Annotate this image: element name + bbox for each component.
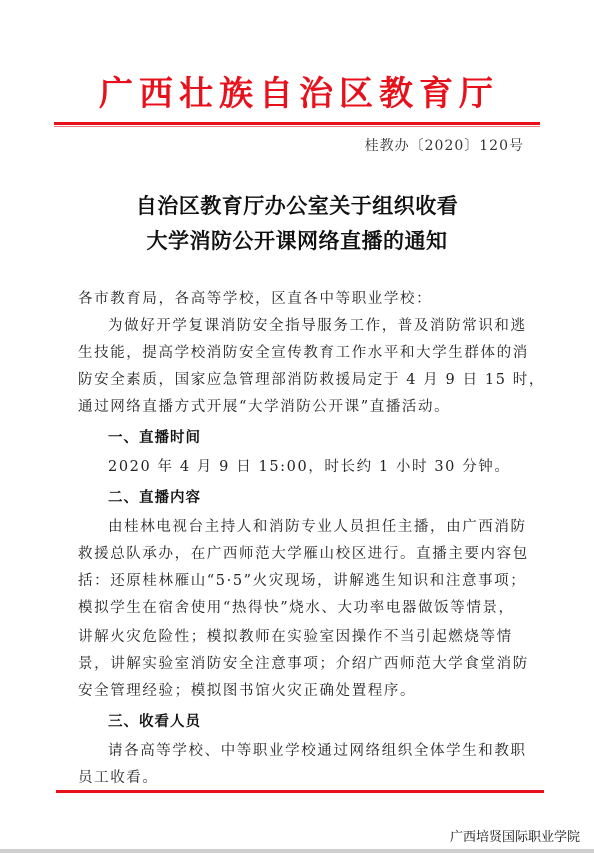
page-bottom-red-rule (56, 790, 544, 793)
section-line: 员工收看。 (78, 765, 159, 792)
letterhead-red-rule-thin (54, 126, 540, 127)
letterhead-org-name: 广西壮族自治区教育厅 (54, 72, 544, 116)
section-line: 请各高等学校、中等职业学校通过网络组织全体学生和教职 (108, 738, 527, 765)
page-bottom-edge (0, 849, 594, 853)
intro-line: 为做好开学复课消防安全指导服务工作，普及消防常识和逃 (108, 313, 527, 340)
intro-line: 通过网络直播方式开展“大学消防公开课”直播活动。 (78, 394, 450, 421)
section-heading-time: 一、直播时间 (108, 425, 201, 452)
salutation: 各市教育局，各高等学校，区直各中等职业学校： (78, 286, 432, 313)
document-page: 广西壮族自治区教育厅 桂教办〔2020〕120号 自治区教育厅办公室关于组织收看… (0, 0, 594, 849)
document-title-line-1: 自治区教育厅办公室关于组织收看 (0, 190, 594, 220)
letterhead-red-rule (54, 122, 540, 125)
section-line: 讲解火灾危险性；模拟教师在实验室因操作不当引起燃烧等情 (78, 624, 513, 651)
watermark-brand: 广西培贤国际职业学院 (450, 826, 580, 845)
document-title-line-2: 大学消防公开课网络直播的通知 (0, 225, 594, 255)
section-line: 安全管理经验；模拟图书馆火灾正确处置程序。 (78, 678, 416, 705)
section-heading-audience: 三、收看人员 (108, 709, 201, 736)
section-line: 2020 年 4 月 9 日 15:00，时长约 1 小时 30 分钟。 (108, 454, 511, 481)
section-heading-content: 二、直播内容 (108, 485, 201, 512)
intro-line: 生技能，提高学校消防安全宣传教育工作水平和大学生群体的消 (78, 340, 529, 367)
intro-line: 防安全素质，国家应急管理部消防救援局定于 4 月 9 日 15 时， (78, 367, 545, 394)
section-line: 模拟学生在宿舍使用“热得快”烧水、大功率电器做饭等情景， (78, 595, 515, 622)
section-line: 括：还原桂林雁山“5·5”火灾现场，讲解逃生知识和注意事项； (78, 568, 526, 595)
section-line: 由桂林电视台主持人和消防专业人员担任主播，由广西消防 (108, 514, 527, 541)
section-line: 景，讲解实验室消防安全注意事项；介绍广西师范大学食堂消防 (78, 651, 529, 678)
section-line: 救援总队承办，在广西师范大学雁山校区进行。直播主要内容包 (78, 541, 529, 568)
document-number: 桂教办〔2020〕120号 (365, 135, 524, 155)
